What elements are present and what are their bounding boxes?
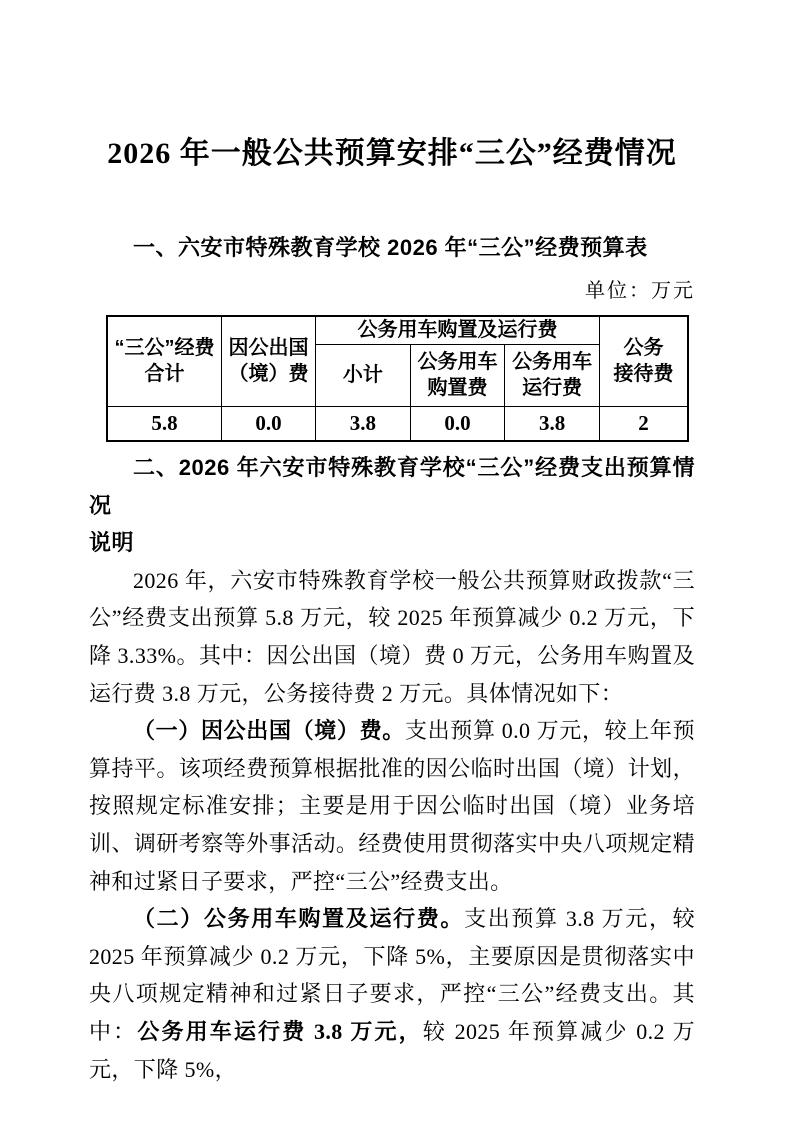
item2-bold-run: 公务用车运行费 3.8 万元， [137, 1019, 423, 1044]
section2-heading-line2: 说明 [89, 530, 134, 555]
paragraph-item2: （二）公务用车购置及运行费。支出预算 3.8 万元，较 2025 年预算减少 0… [89, 900, 695, 1088]
document-page: 2026 年一般公共预算安排“三公”经费情况 一、六安市特殊教育学校 2026 … [0, 0, 793, 1122]
item1-lead: （一）因公出国（境）费。 [133, 718, 405, 743]
header-vehicle-group: 公务用车购置及运行费 [316, 316, 600, 344]
header-abroad: 因公出国 （境）费 [222, 316, 316, 406]
table-data-row: 5.8 0.0 3.8 0.0 3.8 2 [107, 406, 688, 441]
header-operation: 公务用车 运行费 [505, 344, 600, 406]
header-subtotal: 小计 [316, 344, 411, 406]
paragraph-intro: 2026 年，六安市特殊教育学校一般公共预算财政拨款“三公”经费支出预算 5.8… [89, 562, 695, 712]
item2-lead: （二）公务用车购置及运行费。 [133, 906, 464, 931]
value-total: 5.8 [107, 406, 222, 441]
header-reception: 公务 接待费 [600, 316, 689, 406]
section2-heading-line1: 二、2026 年六安市特殊教育学校“三公”经费支出预算情况 [89, 455, 695, 518]
value-operation: 3.8 [505, 406, 600, 441]
unit-label: 单位：万元 [89, 279, 695, 303]
table-header-row-group: “三公”经费 合计 因公出国 （境）费 公务用车购置及运行费 公务 接待费 [107, 316, 688, 344]
budget-table: “三公”经费 合计 因公出国 （境）费 公务用车购置及运行费 公务 接待费 小计… [106, 315, 689, 442]
value-reception: 2 [600, 406, 689, 441]
header-total: “三公”经费 合计 [107, 316, 222, 406]
item1-text: 支出预算 0.0 万元，较上年预算持平。该项经费预算根据批准的因公临时出国（境）… [89, 718, 695, 893]
value-purchase: 0.0 [410, 406, 505, 441]
value-abroad: 0.0 [222, 406, 316, 441]
paragraph-item1: （一）因公出国（境）费。支出预算 0.0 万元，较上年预算持平。该项经费预算根据… [89, 712, 695, 900]
value-subtotal: 3.8 [316, 406, 411, 441]
page-title: 2026 年一般公共预算安排“三公”经费情况 [89, 0, 695, 174]
header-purchase: 公务用车 购置费 [410, 344, 505, 406]
section1-heading: 一、六安市特殊教育学校 2026 年“三公”经费预算表 [89, 234, 695, 262]
section2-heading: 二、2026 年六安市特殊教育学校“三公”经费支出预算情况说明 [89, 449, 695, 562]
